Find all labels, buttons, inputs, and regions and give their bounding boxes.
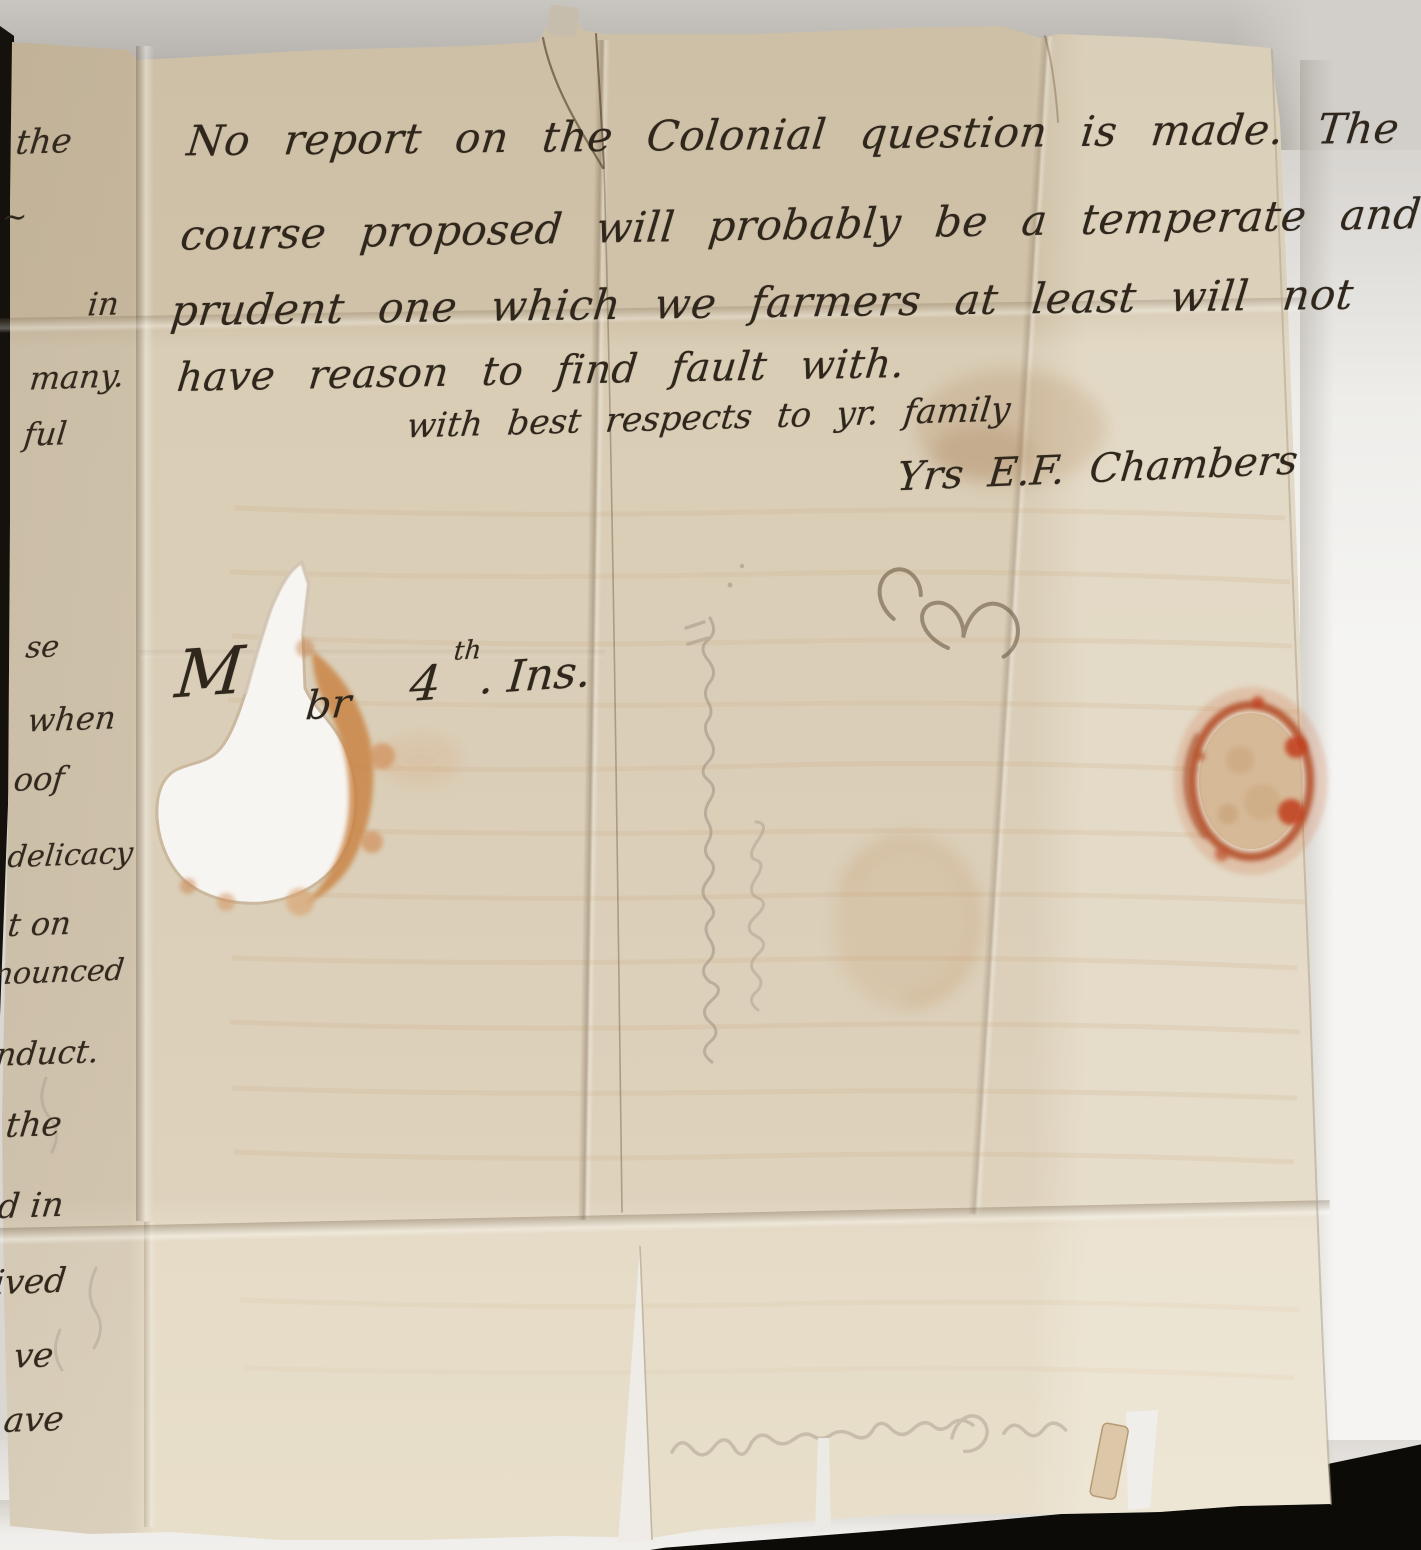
wax-seal <box>1181 694 1321 868</box>
bleedthrough-lines <box>228 508 1305 1162</box>
ghost-address-script <box>686 564 764 1062</box>
left-page-fragment: the <box>14 121 74 163</box>
docket-fragment: th <box>453 635 483 667</box>
ghost-bottom-script <box>671 1411 1067 1459</box>
left-page-fragment: in <box>86 284 121 323</box>
left-page-fragment: many. <box>28 356 126 397</box>
bleedthrough-lines-bottom <box>240 1300 1300 1378</box>
left-page-fragment: the <box>4 1104 64 1146</box>
left-page-fragment: ~ <box>0 200 29 236</box>
left-page-fragment: t on <box>6 904 73 944</box>
left-page-fragment: ve <box>12 1335 56 1376</box>
docket-fragment: 4 <box>407 655 443 713</box>
docket-fragment: M <box>172 632 247 714</box>
left-page-fragment: ived <box>0 1261 68 1303</box>
left-page-fragment: se <box>24 629 61 665</box>
photo-of-letter: No report on the Colonial question is ma… <box>0 0 1421 1550</box>
left-page-fragment: ave <box>2 1399 66 1441</box>
left-page-fragment: nounced <box>0 953 126 993</box>
left-page-fragment: oof <box>12 759 67 799</box>
left-page-fragment: d in <box>0 1185 66 1227</box>
docket-fragment: . Ins. <box>477 646 593 705</box>
torn-hole <box>157 562 395 916</box>
bottom-edge-tears <box>618 1246 1158 1543</box>
left-page-fragment: when <box>26 698 118 739</box>
left-page-fragment: nduct. <box>0 1032 101 1074</box>
left-page-fragment: delicacy <box>6 836 135 875</box>
ghost-monogram-flourish <box>869 565 1026 665</box>
docket-fragment: br <box>304 680 353 729</box>
left-page-fragment: ful <box>22 414 69 453</box>
